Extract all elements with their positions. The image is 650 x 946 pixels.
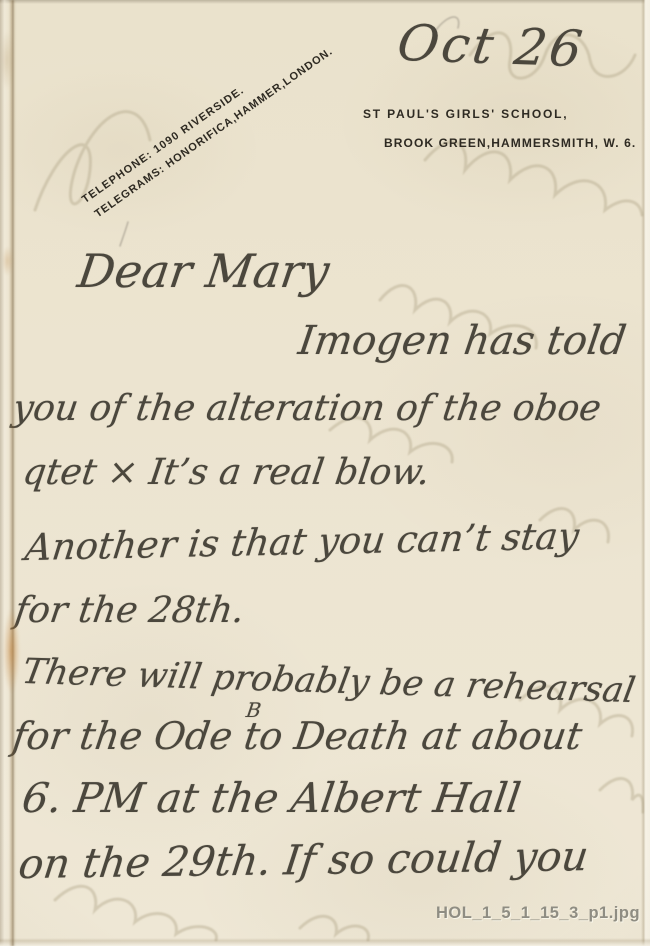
letter-line-9: on the 29th. If so could you: [16, 832, 591, 888]
letterhead-school-name: ST PAUL'S GIRLS' SCHOOL,: [363, 107, 568, 121]
paper-fold-crease: [9, 0, 16, 946]
scan-edge-bottom: [0, 938, 650, 946]
inserted-correction-mark: B: [245, 698, 263, 722]
letter-line-8: 6. PM at the Albert Hall: [19, 774, 523, 822]
scanned-letter-page: TELEPHONE: 1090 RIVERSIDE. TELEGRAMS: HO…: [0, 0, 650, 946]
scan-edge-right: [641, 0, 650, 946]
letter-line-2: you of the alteration of the oboe: [10, 388, 603, 429]
handwritten-date: Oct 26: [394, 14, 589, 78]
letter-line-7: for the Ode to Death at about: [10, 714, 585, 758]
letterhead-school-address: BROOK GREEN,HAMMERSMITH, W. 6.: [384, 136, 636, 150]
letter-line-3: qtet × It’s a real blow.: [20, 452, 432, 493]
letter-line-5: for the 28th.: [12, 590, 247, 631]
salutation: Dear Mary: [74, 244, 332, 298]
filename-watermark: HOL_1_5_1_15_3_p1.jpg: [436, 904, 640, 923]
letter-line-1: Imogen has told: [296, 318, 629, 364]
scan-edge-top: [0, 0, 650, 4]
